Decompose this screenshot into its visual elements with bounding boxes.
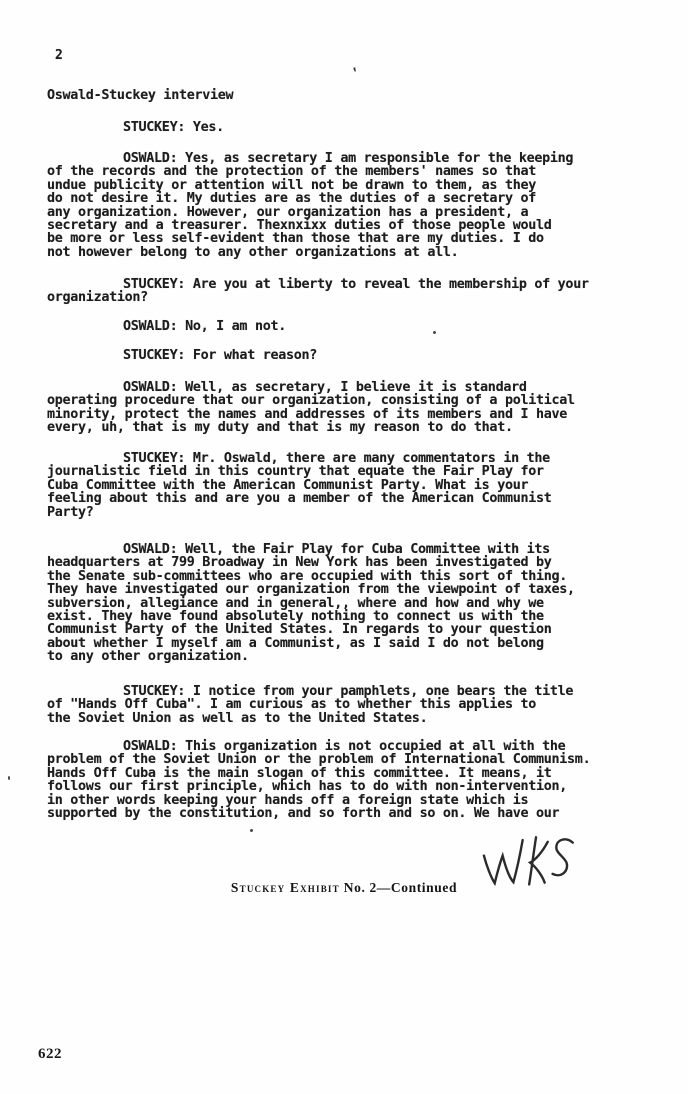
exhibit-caption-name: Stuckey Exhibit [231,880,340,895]
paragraph-stuckey-membership: STUCKEY: Are you at liberty to reveal th… [47,278,652,305]
paragraph-oswald-hands-off: OSWALD: This organization is not occupie… [47,740,652,820]
document-header: 2 Oswald-Stuckey interview [47,22,233,129]
paragraph-oswald-secretary: OSWALD: Yes, as secretary I am responsib… [47,152,652,259]
paragraph-oswald-no: OSWALD: No, I am not. [47,320,652,333]
paragraph-stuckey-reason: STUCKEY: For what reason? [47,349,652,362]
stray-mark: ‛ [351,66,358,80]
paragraph-stuckey-pamphlets: STUCKEY: I notice from your pamphlets, o… [47,685,652,725]
exhibit-caption: Stuckey Exhibit No. 2—Continued [0,880,688,896]
header-title: Oswald-Stuckey interview [47,89,233,103]
paragraph-oswald-fpcc: OSWALD: Well, the Fair Play for Cuba Com… [47,543,652,664]
paragraph-stuckey-yes: STUCKEY: Yes. [47,121,652,134]
footer-page-number: 622 [38,1046,62,1063]
ink-speck [250,829,253,832]
paragraph-stuckey-commentators: STUCKEY: Mr. Oswald, there are many comm… [47,452,652,519]
paragraph-oswald-procedure: OSWALD: Well, as secretary, I believe it… [47,381,652,435]
header-page-number: 2 [55,49,233,62]
scanned-document-page: 2 Oswald-Stuckey interview ‛ STUCKEY: Ye… [0,0,688,1094]
exhibit-caption-number: No. 2—Continued [344,880,457,895]
ink-speck [8,776,10,780]
